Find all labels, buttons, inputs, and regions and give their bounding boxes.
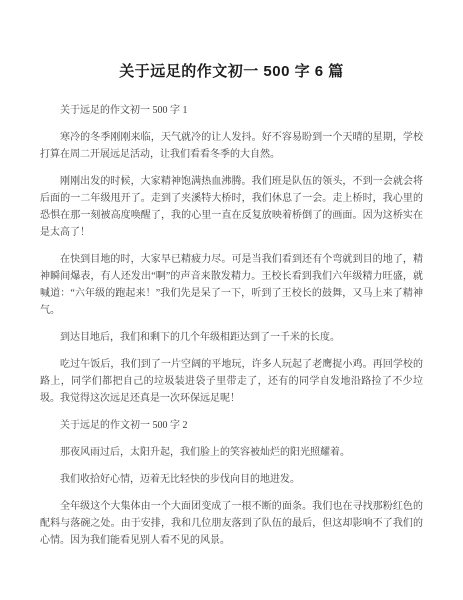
section-2-paragraph-1: 那夜风雨过后，太阳升起，我们脸上的笑容被灿烂的阳光照耀着。 [40,444,423,461]
section-1-paragraph-1: 寒冷的冬季刚刚来临，天气就冷的让人发抖。好不容易盼到一个天晴的星期，学校打算在周… [40,129,423,163]
section-1-paragraph-2: 刚刚出发的时候，大家精神饱满热血沸腾。我们班是队伍的领头，不到一会就会将后面的一… [40,173,423,241]
section-2-paragraph-3: 全年级这个大集体由一个大面团变成了一根不断的面条。我们也在寻找那粉红色的配料与落… [40,498,423,549]
section-2-paragraph-2: 我们收拾好心情，迈着无比轻快的步伐向目的地进发。 [40,471,423,488]
section-1-heading: 关于远足的作文初一 500 字 1 [40,102,423,119]
section-1-paragraph-3: 在快到目地的时，大家早已精疲力尽。可是当我们看到还有个弯就到目的地了，精神瞬间爆… [40,251,423,319]
section-2-heading: 关于远足的作文初一 500 字 2 [40,417,423,434]
section-1-paragraph-5: 吃过午饭后，我们到了一片空阔的平地玩，许多人玩起了老鹰捉小鸡。再回学校的路上，同… [40,356,423,407]
document-page: 关于远足的作文初一 500 字 6 篇 关于远足的作文初一 500 字 1 寒冷… [0,0,463,600]
section-1-paragraph-4: 到达目地后，我们和剩下的几个年级相距达到了一千米的长度。 [40,329,423,346]
document-title: 关于远足的作文初一 500 字 6 篇 [40,60,423,84]
